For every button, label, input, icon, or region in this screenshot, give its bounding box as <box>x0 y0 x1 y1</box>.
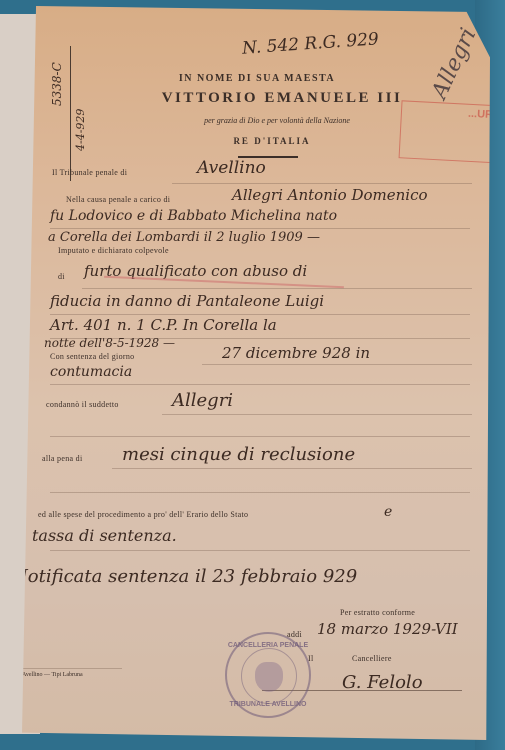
rule <box>172 183 472 184</box>
rule <box>50 228 470 229</box>
reference-number: N. 542 R.G. 929 <box>241 29 379 59</box>
label-imputato: Imputato e dichiarato colpevole <box>58 246 169 255</box>
rule <box>162 414 472 415</box>
rule <box>202 364 472 365</box>
value-crime-3: Art. 401 n. 1 C.P. In Corella la <box>50 316 277 334</box>
value-birthplace: a Corella dei Lombardi il 2 luglio 1909 … <box>48 230 320 245</box>
value-imputato: Allegri Antonio Domenico <box>232 186 428 204</box>
value-crime-4: notte dell'8-5-1928 — <box>44 336 175 350</box>
header-king-name: VITTORIO EMANUELE III <box>132 90 432 107</box>
rule <box>112 468 472 469</box>
header-line-1: IN NOME DI SUA MAESTA <box>142 73 372 84</box>
rule <box>22 668 122 669</box>
notification-note: Notificata sentenza il 23 febbraio 929 <box>12 566 357 587</box>
rule <box>50 384 470 385</box>
value-tribunale: Avellino <box>197 158 266 178</box>
value-spese: e <box>384 504 392 520</box>
label-pena: alla pena di <box>42 454 82 463</box>
seal-bottom-text: TRIBUNALE AVELLINO <box>227 701 309 708</box>
printer-note: Avellino — Tipi Labruna <box>22 672 83 678</box>
value-crime-2: fiducia in danno di Pantaleone Luigi <box>50 292 324 310</box>
pencil-annotation: Allegri <box>427 24 481 102</box>
label-sentenza: Con sentenza del giorno <box>50 352 134 361</box>
label-condanno: condannò il suddetto <box>46 400 119 409</box>
rule <box>50 492 470 493</box>
label-spese: ed alle spese del procedimento a pro' de… <box>38 510 248 519</box>
value-parentage: fu Lodovico e di Babbato Michelina nato <box>50 208 337 224</box>
value-tassa: tassa di sentenza. <box>32 526 177 545</box>
document-paper: 5338-C 4-4-929 N. 542 R.G. 929 Allegri .… <box>22 6 490 740</box>
official-seal: CANCELLERIA PENALE TRIBUNALE AVELLINO <box>225 632 311 718</box>
rule <box>50 436 470 437</box>
side-note-number: 5338-C <box>50 62 64 106</box>
header-title: RE D'ITALIA <box>182 136 362 146</box>
side-note-date: 4-4-929 <box>74 109 87 151</box>
value-contumacia: contumacia <box>50 364 132 380</box>
seal-emblem-icon <box>255 662 283 692</box>
value-sentenza-date: 27 dicembre 928 in <box>222 344 370 362</box>
rule <box>50 314 470 315</box>
header-line-3: per grazia di Dio e per volontà della Na… <box>142 116 412 125</box>
red-stamp: ...URA <box>399 100 505 163</box>
value-pena: mesi cinque di reclusione <box>122 444 355 465</box>
rule <box>82 288 472 289</box>
label-causa: Nella causa penale a carico di <box>66 195 170 204</box>
value-condannato: Allegri <box>172 390 233 411</box>
label-di: di <box>58 272 65 281</box>
label-per-estratto: Per estratto conforme <box>340 608 415 617</box>
rule <box>50 550 470 551</box>
label-tribunale: Il Tribunale penale di <box>52 168 127 177</box>
label-cancelliere: Cancelliere <box>352 654 392 663</box>
value-certification-date: 18 marzo 1929-VII <box>317 620 458 638</box>
margin-line <box>70 46 71 181</box>
